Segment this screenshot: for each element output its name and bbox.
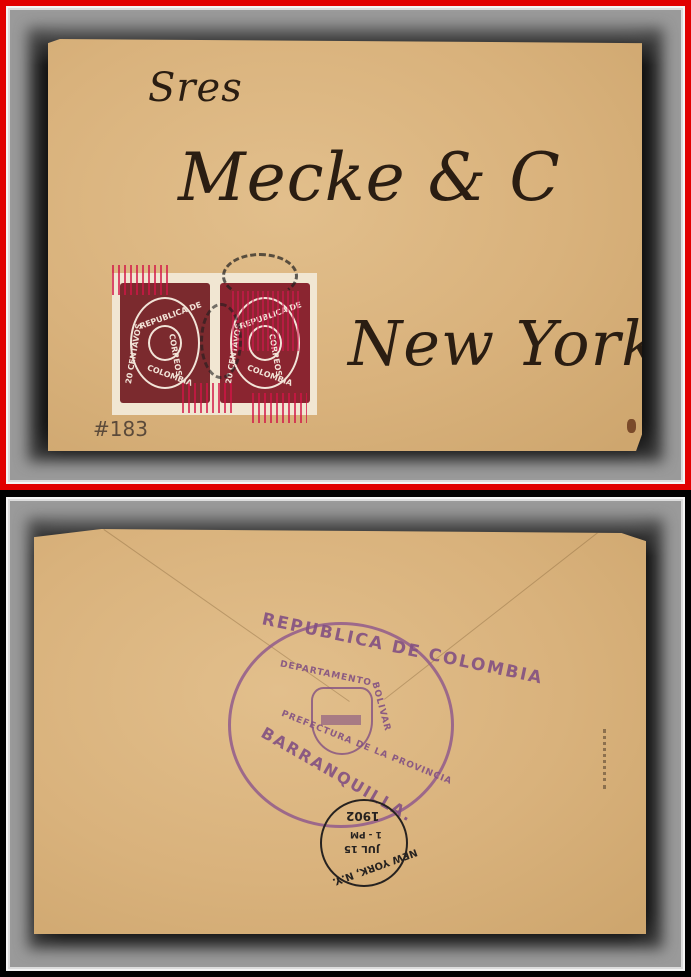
black-circular-cancel [200,303,242,379]
receiving-postmark: 1902 1 - PM JUL 15 NEW YORK, N.Y. [320,799,408,887]
back-bevel: REPUBLICA DE COLOMBIA DEPARTAMENTO BOLIV… [6,497,685,971]
red-bar-cancel [182,383,232,413]
red-bar-cancel [252,393,307,423]
stamp-pair: REPUBLICA DE COLOMBIA CORREOS 20 CENTAVO… [112,273,317,415]
postmark-time: 1 - PM [350,829,382,839]
front-bevel: Sres Mecke & C New York #183 REPUBLICA D… [6,6,685,484]
red-bar-cancel [112,265,172,295]
seal-outer-top-text: REPUBLICA DE COLOMBIA [260,609,545,688]
seal-inner-top-text: DEPARTAMENTO [279,659,373,688]
back-panel-frame: REPUBLICA DE COLOMBIA DEPARTAMENTO BOLIV… [0,493,691,977]
foxing-marks [603,729,610,789]
address-city: New York [348,307,660,380]
postmark-date: JUL 15 [344,843,380,854]
red-bar-cancel [232,291,302,351]
front-panel-frame: Sres Mecke & C New York #183 REPUBLICA D… [0,0,691,490]
pencil-catalog-note: #183 [93,417,148,441]
postmark-year: 1902 [346,809,379,823]
black-circular-cancel [222,253,298,299]
address-salutation: Sres [148,65,243,111]
official-seal-handstamp: REPUBLICA DE COLOMBIA DEPARTAMENTO BOLIV… [228,622,454,828]
envelope-front: Sres Mecke & C New York #183 REPUBLICA D… [48,39,642,451]
stain-mark [627,419,636,433]
address-recipient: Mecke & C [178,139,561,216]
envelope-back: REPUBLICA DE COLOMBIA DEPARTAMENTO BOLIV… [34,529,646,934]
